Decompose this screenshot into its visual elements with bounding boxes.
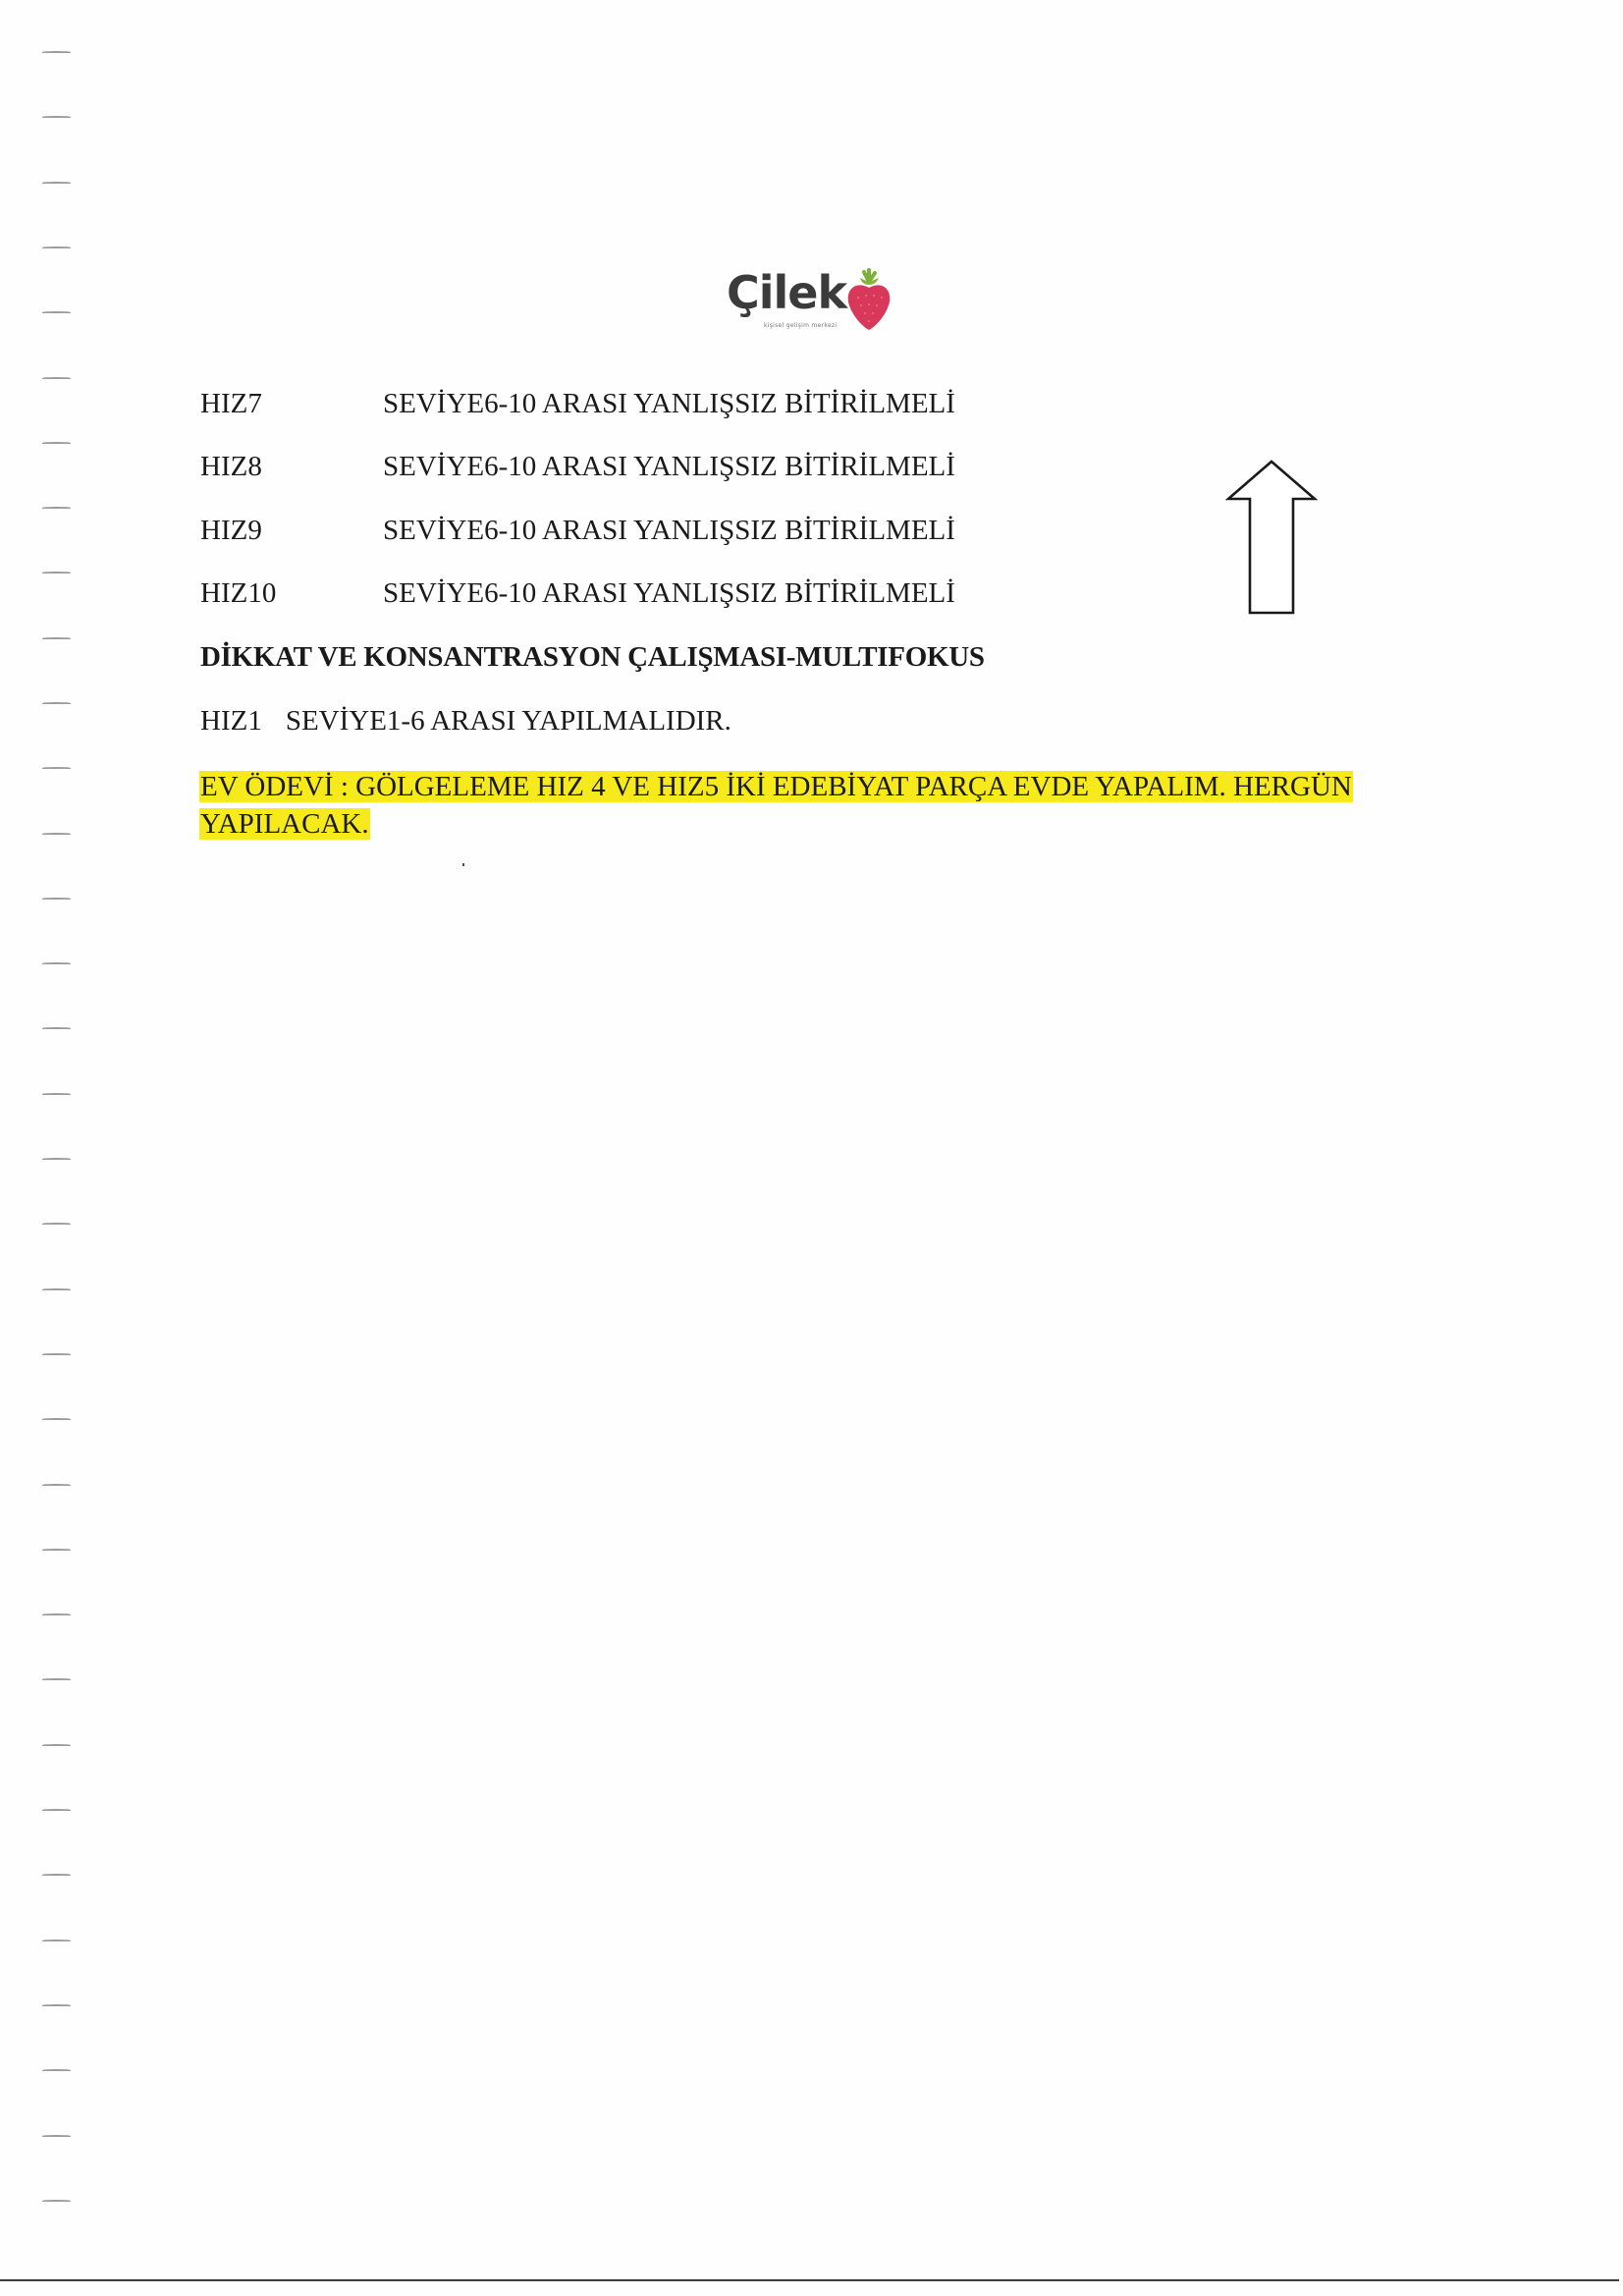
logo-wordmark: Çilek [727,263,846,322]
edge-mark [42,116,71,118]
edge-mark [42,1288,71,1290]
edge-mark [42,833,71,835]
strawberry-icon [846,268,892,333]
up-arrow-icon [1225,458,1318,617]
edge-mark [42,702,71,704]
edge-mark [42,1223,71,1225]
item-code: HIZ9 [200,515,262,546]
homework-note: EV ÖDEVİ : GÖLGELEME HIZ 4 VE HIZ5 İKİ E… [199,768,1378,843]
edge-mark [42,1093,71,1095]
edge-mark [42,1418,71,1420]
edge-mark [42,767,71,769]
item-code: HIZ10 [200,577,276,609]
edge-mark [42,1744,71,1746]
edge-mark [42,1613,71,1615]
item-code: HIZ1 [200,705,262,737]
edge-mark [42,1484,71,1486]
cilek-logo: Çilek kişisel gelişim merkezi [725,263,901,342]
edge-mark [42,962,71,964]
edge-mark [42,2004,71,2006]
edge-mark [42,182,71,184]
page-bottom-edge [0,2279,1619,2281]
item-description: SEVİYE6-10 ARASI YANLIŞSIZ BİTİRİLMELİ [383,388,955,419]
edge-mark [42,1940,71,1941]
edge-mark [42,1549,71,1551]
item-description: SEVİYE1-6 ARASI YAPILMALIDIR. [286,705,731,737]
scan-speck [462,863,464,866]
edge-mark [42,1027,71,1029]
edge-mark [42,51,71,53]
item-description: SEVİYE6-10 ARASI YANLIŞSIZ BİTİRİLMELİ [383,515,955,546]
edge-mark [42,442,71,444]
edge-mark [42,1678,71,1680]
edge-mark [42,1874,71,1876]
edge-mark [42,1809,71,1811]
edge-mark [42,377,71,379]
item-code: HIZ8 [200,451,262,482]
edge-mark [42,246,71,248]
list-item: HIZ1SEVİYE1-6 ARASI YAPILMALIDIR. [200,705,731,737]
edge-mark [42,2135,71,2137]
edge-mark [42,311,71,313]
edge-mark [42,1353,71,1355]
edge-mark [42,572,71,574]
section-heading: DİKKAT VE KONSANTRASYON ÇALIŞMASI-MULTIF… [200,641,985,673]
homework-text: EV ÖDEVİ : GÖLGELEME HIZ 4 VE HIZ5 İKİ E… [199,771,1353,840]
item-description: SEVİYE6-10 ARASI YANLIŞSIZ BİTİRİLMELİ [383,451,955,482]
edge-mark [42,1158,71,1160]
edge-mark [42,2200,71,2202]
item-description: SEVİYE6-10 ARASI YANLIŞSIZ BİTİRİLMELİ [383,577,955,609]
edge-mark [42,507,71,509]
edge-mark [42,2069,71,2071]
item-code: HIZ7 [200,388,262,419]
logo-tagline: kişisel gelişim merkezi [764,322,837,329]
edge-mark [42,637,71,639]
edge-mark [42,898,71,900]
